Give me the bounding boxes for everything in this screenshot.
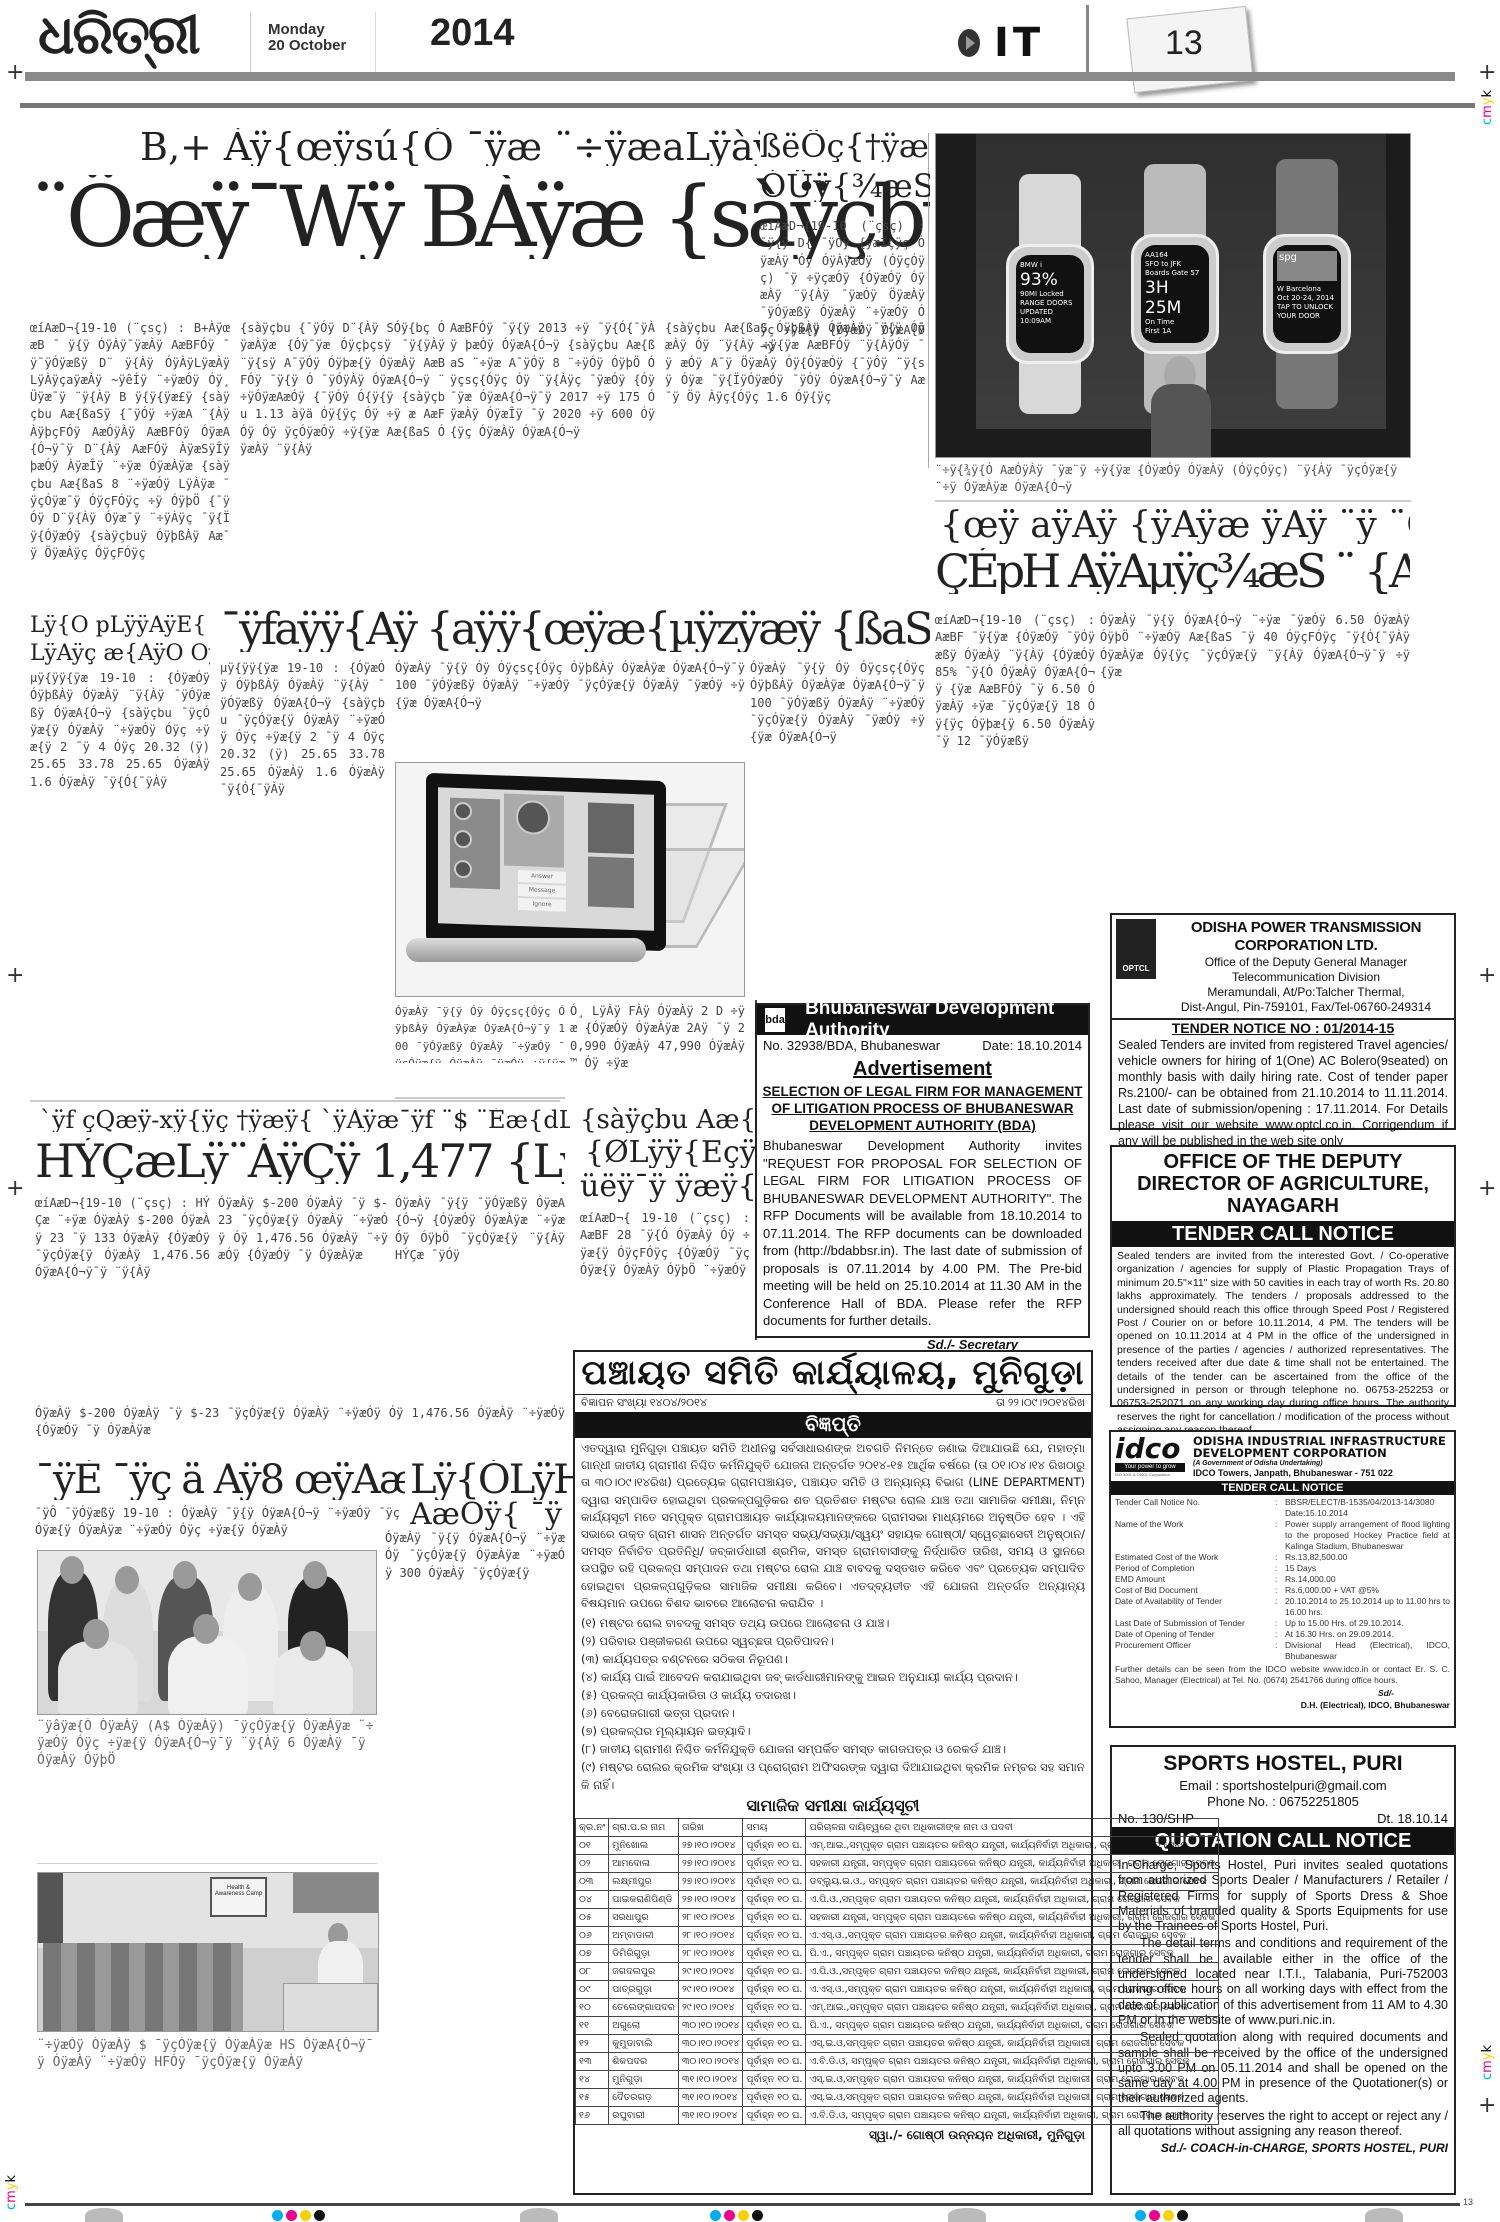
lower-headline-right: Lÿ{ÓLÿHæÉ {ÓÿæÓÿ xyxy=(410,1460,580,1500)
avatar xyxy=(454,830,472,849)
table-cell: ରଘୁବାରୀ xyxy=(609,2107,679,2125)
table-cell: ପୂର୍ବାହ୍ନ ୧୦ ଘ. xyxy=(743,1891,806,1909)
divider xyxy=(375,12,376,72)
tablet-column-2: µÿ{ÿÿ{ÿæ 19-10 : {ÓÿæÓÿ ÓÿþßÀÿ ÓÿæÀÿ ¨ÿ{… xyxy=(220,660,385,1085)
table-cell: ପୂର୍ବାହ୍ନ ୧୦ ଘ. xyxy=(743,1837,806,1855)
point: (୨) ପରିବାର ପଞ୍ଜୀକରଣ ଉପରେ ସ୍ୱଚ୍ଛତା ପ୍ରତିପ… xyxy=(581,1632,1085,1650)
issue-year: 2014 xyxy=(430,12,515,55)
table-cell: ଏ.ପି.ଓ.,ସମ୍ପୃକ୍ତ ଗ୍ରାମ ପଞ୍ଚାୟତର କନିଷ୍ଠ ଯ… xyxy=(806,1891,1219,1909)
section-name: IT xyxy=(994,20,1044,66)
header-rule xyxy=(25,72,1455,81)
table-cell: ପୂର୍ବାହ୍ନ ୧୦ ଘ. xyxy=(743,1945,806,1963)
table-row: ୦୧ମୁନିଖୋଲ୨୭।୧୦।୨୦୧୪ପୂର୍ବାହ୍ନ ୧୦ ଘ.ଏମ୍.ଆଇ… xyxy=(576,1837,1219,1855)
lower-intro: ¯ÿÔ ¯ÿÓÿæßÿ 19-10 : ÓÿæÀÿ ¯ÿ{ÿ ÓÿæA{Ó¬ÿ … xyxy=(35,1505,400,1550)
table-cell: ୩୧।୧୦।୨୦୧୪ xyxy=(678,2071,742,2089)
color-bar xyxy=(272,2210,325,2221)
right-mid-headline-2: ÇÉpH AÿAµÿç¾æS ¨ {AÿÜÿàÿ Lÿàÿæÿ ¾ÿÉÓHoÿF… xyxy=(935,548,1410,594)
table-cell: ୦୬ xyxy=(576,1927,609,1945)
table-cell: ୦୨ xyxy=(576,1855,609,1873)
table-cell: ପୂର୍ବାହ୍ନ ୧୦ ଘ. xyxy=(743,2053,806,2071)
ceremony-photo-caption: ¨ÿâÿæ{Ó ÓÿæÀÿ (A$ ÓÿæÀÿ) ¯ÿçÓÿæ{ÿ ÓÿæÀÿæ… xyxy=(37,1718,377,1858)
point: (୫) ପ୍ରକଳ୍ପ କାର୍ଯ୍ୟକାରିତା ଓ କାର୍ଯ୍ୟ ତଦାର… xyxy=(581,1686,1085,1704)
table-cell: ୨୮।୧୦।୨୦୧୪ xyxy=(678,1909,742,1927)
header-rule xyxy=(20,103,1475,108)
point: (୬) ବେରୋଜଗାରୀ ଭତ୍ତା ପ୍ରଦାନ। xyxy=(581,1704,1085,1722)
idco-sign-2: D.H. (Electrical), IDCO, Bhubaneswar xyxy=(1111,1700,1454,1712)
tablet-column-5: ÓÿæÀÿ ¯ÿ{ÿ Óÿ Óÿçsç{Óÿç ÓÿþßÀÿ ÓÿæÀÿæ Óÿ… xyxy=(395,1003,565,1063)
price-column-3: ÓÿæÀÿ ¯ÿ{ÿ ¯ÿÓÿæßÿ ÓÿæA{Ó¬ÿ {ÓÿæÓÿ ÓÿæÀÿ… xyxy=(395,1195,565,1405)
bda-advertisement: bda Bhubaneswar Development Authority No… xyxy=(755,1003,1090,1338)
table-cell: ପୂର୍ବାହ୍ନ ୧୦ ଘ. xyxy=(743,1873,806,1891)
right-top-headline-2: ÓÜÿ{¾æSÿ ¯ÿÁÿçç xyxy=(760,170,930,202)
table-cell: ପୂର୍ବାହ୍ନ ୧୦ ଘ. xyxy=(743,1855,806,1873)
table-cell: ଏ.ବି.ଡି.ଓ, ସମ୍ପୃକ୍ତ ଗ୍ରାମ ପଞ୍ଚାୟତର କନିଷ୍… xyxy=(806,2053,1219,2071)
black-dot xyxy=(314,2210,325,2221)
table-row: ୧୧ଅଗୁଲୋ୩୦।୧୦।୨୦୧୪ପୂର୍ବାହ୍ନ ୧୦ ଘ.ପି.ଏ., ସ… xyxy=(576,2017,1219,2035)
table-cell: ୦୭ xyxy=(576,1945,609,1963)
bda-logo-icon: bda xyxy=(765,1008,785,1032)
right-top-column: œíAæD¬{19-10 (¨çsç) : ¯ÿ{ÿ D{ ¯ÿÓÿ {ÿæÌç… xyxy=(760,218,925,598)
table-row: ୧୬ରଘୁବାରୀ୩୧।୧୦।୨୦୧୪ପୂର୍ବାହ୍ନ ୧୦ ଘ.ଏ.ବି.ଡ… xyxy=(576,2107,1219,2125)
table-row: ୧୩ଶିକପଦର୩୦।୧୦।୨୦୧୪ପୂର୍ବାହ୍ନ ୧୦ ଘ.ଏ.ବି.ଡି… xyxy=(576,2053,1219,2071)
table-cell: ପୂର୍ବାହ୍ନ ୧୦ ଘ. xyxy=(743,1963,806,1981)
odia-notice-body: ଏତଦ୍ୱାରା ମୁନିଗୁଡ଼ା ପଞ୍ଚାୟତ ସମିତି ଅଧୀନସ୍ଥ… xyxy=(575,1438,1091,1614)
table-cell: ପୂର୍ବାହ୍ନ ୧୦ ଘ. xyxy=(743,2071,806,2089)
table-cell: ୧୧ xyxy=(576,2017,609,2035)
table-row: ୦୯ପାତ୍ରଗୁଡ଼ା୨୯।୧୦।୨୦୧୪ପୂର୍ବାହ୍ନ ୧୦ ଘ.ଏ.ଏ… xyxy=(576,1981,1219,1999)
watch-spg: spg W Barcelona Oct 20-24, 2014 TAP TO U… xyxy=(1263,234,1351,354)
table-cell: ଶିକପଦର xyxy=(609,2053,679,2071)
price-headline: HÝÇæLÿ¨ÁÿÇÿ 1,477 {Lÿæsç xyxy=(35,1138,565,1184)
crop-mark-icon: + xyxy=(1478,2095,1496,2117)
side-headline-3: üëÿ¯ÿ ÿæÿ{28 Óÿ{ÿæ xyxy=(580,1172,755,1202)
table-row: ୦୪ପାଇକରାଣିପିଣ୍ଡି୨୭।୧୦।୨୦୧୪ପୂର୍ବାହ୍ନ ୧୦ ଘ… xyxy=(576,1891,1219,1909)
idco-org: ODISHA INDUSTRIAL INFRASTRUCTURE DEVELOP… xyxy=(1193,1435,1450,1459)
bda-org-name: Bhubaneswar Development Authority xyxy=(805,998,1088,1042)
table-cell: ଅଗୁଲୋ xyxy=(609,2017,679,2035)
table-cell: ୦୯ xyxy=(576,1981,609,1999)
table-cell: ସରଧାପୁର xyxy=(609,1909,679,1927)
table-cell: ପୂର୍ବାହ୍ନ ୧୦ ଘ. xyxy=(743,1927,806,1945)
table-cell: ୧୪ xyxy=(576,2071,609,2089)
issue-date: Monday 20 October xyxy=(268,22,346,54)
health-camp-caption: ¨÷ÿæÓÿ ÓÿæÀÿ $ ¯ÿçÓÿæ{ÿ ÓÿæÀÿæ HS ÓÿæA{Ó… xyxy=(37,2037,377,2202)
health-camp-photo: Health & Awareness Camp xyxy=(37,1872,379,2032)
idco-tender-ad: idco Your power to grow ISO 9001 & 14001… xyxy=(1109,1430,1456,1728)
table-cell: ୨୮।୧୦।୨୦୧୪ xyxy=(678,1927,742,1945)
table-row: ୧୪ମୁନିଗୁଡ଼ା୩୧।୧୦।୨୦୧୪ପୂର୍ବାହ୍ନ ୧୦ ଘ.ଏସ୍.… xyxy=(576,2071,1219,2089)
registration-mark-icon xyxy=(1365,2208,1403,2222)
side-column: œíAæD¬{ 19-10 (¨çsç) : AæBF 28 ¯ÿ{Ó ÓÿæÀ… xyxy=(580,1210,750,1335)
table-cell: ପି.ଏ., ସମ୍ପୃକ୍ତ ଗ୍ରାମ ପଞ୍ଚାୟତର କନିଷ୍ଠ ଯନ… xyxy=(806,2017,1219,2035)
table-cell: ମୁନିଗୁଡ଼ା xyxy=(609,2071,679,2089)
registration-mark-icon xyxy=(520,2208,558,2222)
ceremony-photo xyxy=(37,1550,377,1715)
idco-footer: Further details can be seen from the IDC… xyxy=(1111,1662,1454,1688)
avatar xyxy=(516,800,550,835)
table-cell: ସହକାରୀ ଯନ୍ତ୍ରୀ, ସମ୍ପୃକ୍ତ ଗ୍ରାମ ପଞ୍ଚାୟତରେ… xyxy=(806,1909,1219,1927)
table-cell: ପାଇକରାଣିପିଣ୍ଡି xyxy=(609,1891,679,1909)
odia-notice-sign: ସ୍ୱା./- ଗୋଷ୍ଠୀ ଉନ୍ନୟନ ଅଧିକାରୀ, ମୁନିଗୁଡ଼ା xyxy=(575,2125,1091,2146)
bda-header: bda Bhubaneswar Development Authority xyxy=(757,1005,1088,1035)
idco-sign-1: Sd/- xyxy=(1111,1688,1454,1700)
table-cell: ୨୯।୧୦।୨୦୧୪ xyxy=(678,1999,742,2017)
lenovo-yoga-tablet-photo: Answer Message Ignore xyxy=(395,762,745,997)
optcl-tender-ad: OPTCL ODISHA POWER TRANSMISSION CORPORAT… xyxy=(1110,913,1456,1130)
table-cell: ୦୮ xyxy=(576,1963,609,1981)
registration-mark-icon xyxy=(948,2208,986,2222)
sh-date: Dt. 18.10.14 xyxy=(1377,1811,1448,1826)
crop-mark-icon: + xyxy=(6,965,24,987)
cyan-dot xyxy=(272,2210,283,2221)
table-cell: ଏ.ଏସ୍.ଓ.,ସମ୍ପୃକ୍ତ ଗ୍ରାମ ପଞ୍ଚାୟତର କନିଷ୍ଠ … xyxy=(806,1927,1219,1945)
table-cell: ୦୩ xyxy=(576,1873,609,1891)
table-cell: ପୂର୍ବାହ୍ନ ୧୦ ଘ. xyxy=(743,2017,806,2035)
table-row: ୧୫ଦୈତରଗଡ଼୩୧।୧୦।୨୦୧୪ପୂର୍ବାହ୍ନ ୧୦ ଘ.ଏସ୍.ଇ.… xyxy=(576,2089,1219,2107)
table-cell: ମୁନିଖୋଲ xyxy=(609,1837,679,1855)
table-cell: ଏ.ଏସ୍.ଓ.,ସମ୍ପୃକ୍ତ ଗ୍ରାମ ପଞ୍ଚାୟତର କନିଷ୍ଠ … xyxy=(806,1981,1219,1999)
table-cell: ୩୦।୧୦।୨୦୧୪ xyxy=(678,2035,742,2053)
schedule-table: କ୍ର.ନଂ ଗ୍ରା.ପ.ର ନାମ ତାରିଖ ସମୟ ପରିଚାଳନା ଦ… xyxy=(575,1818,1219,2125)
schedule-title: ସାମାଜିକ ସମୀକ୍ଷା କାର୍ଯ୍ୟସୂଚୀ xyxy=(575,1794,1091,1818)
story-divider xyxy=(935,500,1411,502)
avatar xyxy=(454,802,472,821)
price-kicker: `ÿf çQæÿ-xÿ{ÿç †ÿæÿ{ `ÿÀÿæ¯ÿf ¨$ ¨Éæ{dLÿ… xyxy=(40,1108,570,1132)
lead-kicker: B‚+ Àÿ{œÿsú{Ó ¯ÿæ ¨÷ÿæaLÿàÿæZÿD ¨ {Àÿ8% … xyxy=(140,128,760,166)
bda-body: Bhubaneswar Development Authority invite… xyxy=(757,1134,1088,1333)
table-cell: ୩୧।୧୦।୨୦୧୪ xyxy=(678,2107,742,2125)
apple-watch-photo: BMW i 93% 90MI Locked RANGE DOORS UPDATE… xyxy=(935,133,1411,458)
footer-rule xyxy=(25,2203,1460,2206)
agri-body: Sealed tenders are invited from the inte… xyxy=(1112,1247,1454,1438)
bda-title: Advertisement xyxy=(757,1058,1088,1081)
optcl-tower-logo-icon: OPTCL xyxy=(1116,919,1156,979)
table-cell: ୧୫ xyxy=(576,2089,609,2107)
point: (୮) ଜାତୀୟ ଗ୍ରାମୀଣ ନିଶ୍ଚିତ କର୍ମନିଯୁକ୍ତି ଯ… xyxy=(581,1740,1085,1758)
schedule-table-body: ୦୧ମୁନିଖୋଲ୨୭।୧୦।୨୦୧୪ପୂର୍ବାହ୍ନ ୧୦ ଘ.ଏମ୍.ଆଇ… xyxy=(576,1837,1219,2125)
crop-mark-icon: + xyxy=(6,62,24,84)
table-cell: ୧୬ xyxy=(576,2107,609,2125)
divider xyxy=(1086,5,1089,73)
divider xyxy=(250,12,251,72)
table-cell: ଏ.ପି.ଓ.,ସମ୍ପୃକ୍ତ ଗ୍ରାମ ପଞ୍ଚାୟତର କନିଷ୍ଠ ଯ… xyxy=(806,1963,1219,1981)
issue-day-month: 20 October xyxy=(268,38,346,54)
odia-notice-points: (୧) ମଷ୍ଟର ରୋଲ ବାବଦକୁ ସମସ୍ତ ତଥ୍ୟ ଉପରେ ଆଲୋ… xyxy=(575,1614,1091,1794)
cmyk-mark: cmyk xyxy=(1480,2045,1495,2080)
watch-photo-caption: ¨÷ÿ{¾ÿ{Ó AæÓÿÀÿ ¯ÿæ¨ÿ ÷ÿ{ÿæ {ÓÿæÓÿ ÓÿæÀÿ… xyxy=(935,462,1411,496)
story-divider xyxy=(30,1100,560,1102)
lead-column-3: AæBFÓÿ ¯ÿ{ÿ 2013 ÷ÿ ¯ÿ{Ó{¯ÿÀÿ þæÓÿ ÓÿæA{… xyxy=(450,320,655,610)
table-cell: କୁମୁଡାବାଲି xyxy=(609,2035,679,2053)
point: (୯) ମଷ୍ଟର ରୋଲର କ୍ରମିକ ସଂଖ୍ୟା ଓ ପ୍ରୋଗ୍ରାମ… xyxy=(581,1758,1085,1794)
table-cell: ପୂର୍ବାହ୍ନ ୧୦ ଘ. xyxy=(743,1981,806,1999)
yellow-dot xyxy=(300,2210,311,2221)
tablet-pricing: Ó¸ LÿÀÿ FÀÿ ÓÿæÀÿ 2 D ÷ÿæ {ÓÿæÓÿ ÓÿæÀÿæ … xyxy=(570,1003,745,1088)
table-row: ୧୨କୁମୁଡାବାଲି୩୦।୧୦।୨୦୧୪ପୂର୍ବାହ୍ନ ୧୦ ଘ.ଏସ୍… xyxy=(576,2035,1219,2053)
crop-mark-icon: + xyxy=(1478,62,1496,84)
odia-notice-date: ତା ୨୨।୦୯।୨୦୧୪ରିଖ xyxy=(996,1395,1085,1412)
table-cell: ୨୯।୧୦।୨୦୧୪ xyxy=(678,1981,742,1999)
table-cell: ଅମ୍ବାଡାଳୀ xyxy=(609,1927,679,1945)
optcl-body: Sealed Tenders are invited from register… xyxy=(1112,1037,1454,1149)
table-cell: ପୂର୍ବାହ୍ନ ୧୦ ଘ. xyxy=(743,2107,806,2125)
table-cell: ପୂର୍ବାହ୍ନ ୧୦ ଘ. xyxy=(743,2089,806,2107)
table-cell: ୨୮।୧୦।୨୦୧୪ xyxy=(678,1945,742,1963)
sh-phone: Phone No. : 06752251805 xyxy=(1112,1794,1454,1810)
table-cell: ଏସ୍.ଇ.ଓ,ସମ୍ପୃକ୍ତ ଗ୍ରାମ ପଞ୍ଚାୟତର କନିଷ୍ଠ ଯ… xyxy=(806,2035,1219,2053)
right-mid-headline-1: {œÿ aÿÀÿ {ÿÀÿæ ÿÀÿ ¨ÿ ¨Öèÿ xyxy=(940,508,1410,544)
odia-notice-banner: ବିଜ୍ଞପ୍ତି xyxy=(575,1412,1091,1438)
audience xyxy=(43,1943,243,2032)
point: (୩) କାର୍ଯ୍ୟପତ୍ର ବଣ୍ଟନରେ ସଠିକତା ନିରୂପଣ। xyxy=(581,1650,1085,1668)
color-bar xyxy=(1135,2210,1188,2221)
table-header-row: କ୍ର.ନଂ ଗ୍ରା.ପ.ର ନାମ ତାରିଖ ସମୟ ପରିଚାଳନା ଦ… xyxy=(576,1819,1219,1837)
story-divider xyxy=(37,1863,377,1864)
table-cell: ୦୫ xyxy=(576,1909,609,1927)
table-cell: ଜଗଦଲପୁର xyxy=(609,1963,679,1981)
table-cell: ୧୩ xyxy=(576,2053,609,2071)
crop-mark-icon: + xyxy=(1478,1178,1496,1200)
price-column-foot: ÓÿæÀÿ $-200 ÓÿæÀÿ ¯ÿ $-23 ¯ÿçÓÿæ{ÿ ÓÿæÀÿ… xyxy=(35,1405,565,1457)
optcl-tender-title: TENDER NOTICE NO : 01/2014-15 xyxy=(1112,1020,1454,1037)
table-cell: ଏସ୍.ଇ.ଓ,ସମ୍ପୃକ୍ତ ଗ୍ରାମ ପଞ୍ଚାୟତର କନିଷ୍ଠ ଯ… xyxy=(806,2071,1219,2089)
sh-title: SPORTS HOSTEL, PURI xyxy=(1112,1747,1454,1778)
speaker-body xyxy=(1151,384,1211,458)
tablet-column-3: ÓÿæÀÿ ¯ÿ{ÿ Óÿ Óÿçsç{Óÿç ÓÿþßÀÿ ÓÿæÀÿæ Óÿ… xyxy=(395,660,745,755)
watch-american-airlines: AA164 SFO to JFK Boards Gate 57 3H 25M O… xyxy=(1131,234,1219,354)
crop-mark-icon: + xyxy=(6,1178,24,1200)
tablet-column-4: ÓÿæÀÿ ¯ÿ{ÿ Óÿ Óÿçsç{Óÿç ÓÿþßÀÿ ÓÿæÀÿæ Óÿ… xyxy=(750,660,925,1000)
play-bullet-icon xyxy=(958,29,980,57)
footer-page-number: 13 xyxy=(1463,2197,1473,2207)
table-cell: ୩୧।୧୦।୨୦୧୪ xyxy=(678,2089,742,2107)
cmyk-mark: cmyk xyxy=(1480,90,1495,125)
registration-mark-icon xyxy=(85,2208,123,2222)
tablet-column-1: µÿ{ÿÿ{ÿæ 19-10 : {ÓÿæÓÿ ÓÿþßÀÿ ÓÿæÀÿ ¨ÿ{… xyxy=(30,670,210,1090)
table-row: ୦୭ଡିମିରିଗୁଡ଼ା୨୮।୧୦।୨୦୧୪ପୂର୍ବାହ୍ନ ୧୦ ଘ.ପି… xyxy=(576,1945,1219,1963)
sh-sign: Sd./- COACH-in-CHARGE, SPORTS HOSTEL, PU… xyxy=(1112,2139,1454,2157)
idco-banner: TENDER CALL NOTICE xyxy=(1111,1481,1454,1495)
table-cell: ପି.ଏ., ସମ୍ପୃକ୍ତ ଗ୍ରାମ ପଞ୍ଚାୟତର କନିଷ୍ଠ ଯନ… xyxy=(806,1945,1219,1963)
side-headline-1: {sàÿçbu Aæ{ßaSZÿþ ¨Ÿÿ xyxy=(580,1107,755,1133)
table-cell: ୨୭।୧୦।୨୦୧୪ xyxy=(678,1855,742,1873)
table xyxy=(283,1983,378,2032)
table-row: ୦୬ଅମ୍ବାଡାଳୀ୨୮।୧୦।୨୦୧୪ପୂର୍ବାହ୍ନ ୧୦ ଘ.ଏ.ଏସ… xyxy=(576,1927,1219,1945)
table-cell: ଆମଦୋଳା xyxy=(609,1855,679,1873)
table-row: ୦୫ସରଧାପୁର୨୮।୧୦।୨୦୧୪ପୂର୍ବାହ୍ନ ୧୦ ଘ.ସହକାରୀ… xyxy=(576,1909,1219,1927)
table-cell: ଏ.ବି.ଡି.ଓ, ସମ୍ପୃକ୍ତ ଗ୍ରାମ ପଞ୍ଚାୟତର କନିଷ୍… xyxy=(806,2107,1219,2125)
paper-logo: ଧରିତ୍ରୀ xyxy=(38,2,199,67)
lead-column-2: {sàÿçbu {¯ÿÓÿ D¨{Àÿ SÓÿ{bç ÓÿæÀÿæ {Óÿ¯ÿæ… xyxy=(240,320,445,610)
table-cell: ୨୭।୧୦।୨୦୧୪ xyxy=(678,1891,742,1909)
tablet-stand xyxy=(406,938,646,962)
table-cell: ଏସ୍.ଇ.ଓ,ସମ୍ପୃକ୍ତ ଗ୍ରାମ ପଞ୍ଚାୟତର କନିଷ୍ଠ ଯ… xyxy=(806,2089,1219,2107)
agri-banner: TENDER CALL NOTICE xyxy=(1112,1221,1454,1247)
price-column-1: œíAæD¬{19-10 (¨çsç) : HÝÇæ ¨÷ÿæ ÓÿæÀÿ $-… xyxy=(35,1195,210,1405)
table-cell: ସହକାରୀ ଯନ୍ତ୍ରୀ, ସମ୍ପୃକ୍ତ ଗ୍ରାମ ପଞ୍ଚାୟତରେ… xyxy=(806,1855,1219,1873)
right-top-headline-1: ßëÖç{†ÿæÌç ÿç Óÿæ xyxy=(760,130,930,162)
bda-subtitle: SELECTION OF LEGAL FIRM FOR MANAGEMENT O… xyxy=(757,1083,1088,1134)
point: (୧) ମଷ୍ଟର ରୋଲ ବାବଦକୁ ସମସ୍ତ ତଥ୍ୟ ଉପରେ ଆଲୋ… xyxy=(581,1614,1085,1632)
price-column-2: ÓÿæÀÿ $-200 ÓÿæÀÿ ¯ÿ $-23 ¯ÿçÓÿæ{ÿ ÓÿæÀÿ… xyxy=(218,1195,388,1405)
odia-notice-title: ପଞ୍ଚାୟତ ସମିତି କାର୍ଯ୍ୟାଳୟ, ମୁନିଗୁଡ଼ା xyxy=(575,1352,1091,1394)
table-cell: ପୂର୍ବାହ୍ନ ୧୦ ଘ. xyxy=(743,1909,806,1927)
tablet-headline: ¯ÿfaÿÿ{Aÿ {aÿÿ{œÿæ{µÿzÿæÿ {ßaS xyxy=(220,608,930,652)
sh-email: Email : sportshostelpuri@gmail.com xyxy=(1112,1778,1454,1794)
table-cell: ଡବ୍ଲ୍ୟୁ.ଇ.ଓ., ସମ୍ପୃକ୍ତ ଗ୍ରାମ ପଞ୍ଚାୟତର କନ… xyxy=(806,1873,1219,1891)
idco-logo: idco Your power to grow ISO 9001 & 14001… xyxy=(1115,1435,1185,1479)
tablet-kicker-2: LÿAÿç æ{AÿO Óÿç{ ÿÿaÿ xyxy=(30,643,210,665)
table-cell: ତେଲେଙ୍ଗାପଦର xyxy=(609,1999,679,2017)
crop-mark-icon: + xyxy=(1478,965,1496,987)
section-label: IT xyxy=(958,20,1044,66)
table-cell: ଦୈତରଗଡ଼ xyxy=(609,2089,679,2107)
table-cell: ୧୨ xyxy=(576,2035,609,2053)
table-cell: ଡିମିରିଗୁଡ଼ା xyxy=(609,1945,679,1963)
agri-office-title: OFFICE OF THE DEPUTY DIRECTOR OF AGRICUL… xyxy=(1112,1147,1454,1217)
cmyk-mark: cmyk xyxy=(4,2175,19,2210)
table-cell: ୩୦।୧୦।୨୦୧୪ xyxy=(678,2017,742,2035)
odia-notice-ref: ବିଜ୍ଞାପନ ସଂଖ୍ୟା ୧୪୦୪/୨୦୧୪ xyxy=(581,1395,707,1412)
table-row: ୧୦ତେଲେଙ୍ଗାପଦର୨୯।୧୦।୨୦୧୪ପୂର୍ବାହ୍ନ ୧୦ ଘ.ଏମ… xyxy=(576,1999,1219,2017)
bda-date: Date: 18.10.2014 xyxy=(982,1038,1082,1053)
lower-headline-left: ¯ÿÈ ¯ÿç ä Aÿ8 œÿAæùÿæB ÉæQæD ¯ÿàÿæÓ{ÿ xyxy=(35,1460,405,1500)
table-cell: ଲକ୍ଷ୍ମୀପୁର xyxy=(609,1873,679,1891)
side-headline-2: {ØLÿÿ{ÉçÿaÿæÿÈ xyxy=(585,1138,755,1168)
table-cell: ଏମ୍.ଆଇ.,ସମ୍ପୃକ୍ତ ଗ୍ରାମ ପଞ୍ଚାୟତର କନିଷ୍ଠ ଯ… xyxy=(806,1999,1219,2017)
table-cell: ୦୪ xyxy=(576,1891,609,1909)
magenta-dot xyxy=(286,2210,297,2221)
issue-day: Monday xyxy=(268,22,346,38)
table-row: ୦୩ଲକ୍ଷ୍ମୀପୁର୨୭।୧୦।୨୦୧୪ପୂର୍ବାହ୍ନ ୧୦ ଘ.ଡବ୍… xyxy=(576,1873,1219,1891)
idco-details: Tender Call Notice No.:BBSR/ELECT/B-1535… xyxy=(1111,1495,1454,1662)
table-cell: ପୂର୍ବାହ୍ନ ୧୦ ଘ. xyxy=(743,1999,806,2017)
table-row: ୦୨ଆମଦୋଳା୨୭।୧୦।୨୦୧୪ପୂର୍ବାହ୍ନ ୧୦ ଘ.ସହକାରୀ … xyxy=(576,1855,1219,1873)
story-divider xyxy=(395,1097,565,1099)
watch-bmw: BMW i 93% 90MI Locked RANGE DOORS UPDATE… xyxy=(1006,244,1094,364)
table-cell: ପାତ୍ରଗୁଡ଼ା xyxy=(609,1981,679,1999)
page-number: 13 xyxy=(1165,24,1203,63)
table-cell: ଏମ୍.ଆଇ.,ସମ୍ପୃକ୍ତ ଗ୍ରାମ ପଞ୍ଚାୟତର କନିଷ୍ଠ ଯ… xyxy=(806,1837,1219,1855)
table-cell: ୧୦ xyxy=(576,1999,609,2017)
right-mid-column-1: œíAæD¬{19-10 (¨çsç) : AæBF ¯ÿ{ÿæ {ÓÿæÓÿ … xyxy=(935,612,1095,902)
muniguda-panchayat-notice: ପଞ୍ଚାୟତ ସମିତି କାର୍ଯ୍ୟାଳୟ, ମୁନିଗୁଡ଼ା ବିଜ୍… xyxy=(573,1350,1093,2195)
table-cell: ୦୧ xyxy=(576,1837,609,1855)
lower-column: ÓÿæÀÿ ¯ÿ{ÿ ÓÿæA{Ó¬ÿ ¨÷ÿæÓÿ ¯ÿçÓÿæ{ÿ ÓÿæÀ… xyxy=(385,1530,565,2200)
tablet-device: Answer Message Ignore xyxy=(426,773,666,951)
color-bar xyxy=(710,2210,763,2221)
point: (୭) ପ୍ରକଳ୍ପର ମୂଲ୍ୟାୟନ ଇତ୍ୟାଦି। xyxy=(581,1722,1085,1740)
right-mid-column-2: ÓÿæÀÿ ¯ÿ{ÿ ÓÿæA{Ó¬ÿ ¨÷ÿæ ¯ÿæÓÿ 6.50 ÓÿæÀ… xyxy=(1100,612,1410,897)
health-camp-banner: Health & Awareness Camp xyxy=(210,1877,267,1917)
avatar xyxy=(454,860,472,879)
point: (୪) କାର୍ଯ୍ୟ ପାଇଁ ଆବେଦନ କରାଯାଇଥିବା ଜବ୍ କା… xyxy=(581,1668,1085,1686)
lead-column-1: œíAæD¬{19-10 (¨çsç) : B+ÀÿœæB ¯ ÿ{ÿ ÓÿÀÿ… xyxy=(30,320,230,600)
table-row: ୦୮ଜଗଦଲପୁର୨୯।୧୦।୨୦୧୪ପୂର୍ବାହ୍ନ ୧୦ ଘ.ଏ.ପି.ଓ… xyxy=(576,1963,1219,1981)
table-cell: ୨୭।୧୦।୨୦୧୪ xyxy=(678,1837,742,1855)
bda-ref: No. 32938/BDA, Bhubaneswar xyxy=(763,1038,940,1053)
lower-headline-right-2: AæÓÿ{ ¯ÿ ÓÿæÀÿ ÷ÿ{ÿæ xyxy=(410,1500,575,1530)
table-cell: ୩୦।୧୦।୨୦୧୪ xyxy=(678,2053,742,2071)
agriculture-tender-ad: OFFICE OF THE DEPUTY DIRECTOR OF AGRICUL… xyxy=(1110,1145,1456,1407)
table-cell: ପୂର୍ବାହ୍ନ ୧୦ ଘ. xyxy=(743,2035,806,2053)
optcl-org: ODISHA POWER TRANSMISSION CORPORATION LT… xyxy=(1162,919,1450,955)
table-cell: ୨୭।୧୦।୨୦୧୪ xyxy=(678,1873,742,1891)
table-cell: ୨୯।୧୦।୨୦୧୪ xyxy=(678,1963,742,1981)
tablet-kicker-1: Lÿ{Ó pLÿÿAÿÉ{ ÿç{Ó xyxy=(30,615,210,637)
